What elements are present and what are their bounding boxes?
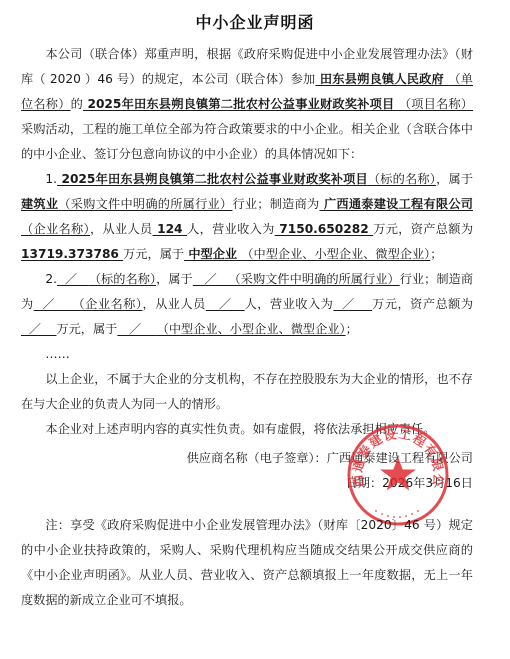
employees-prefix: ，从业人员 [90, 222, 153, 236]
item-end: ； [430, 247, 442, 261]
ellipsis: …… [21, 342, 473, 367]
date-value: 2026年3月16日 [382, 476, 473, 490]
industry-label: （采购文件中明确的所属行业） [58, 197, 232, 211]
belongs-text: ，属于 [156, 272, 193, 286]
manufacturer-label: （企业名称） [73, 297, 143, 311]
supplier-label: 供应商名称（电子签章）： [187, 451, 327, 465]
statement-truthfulness: 本企业对上述声明内容的真实性负责。如有虚假，将依法承担相应责任。 [21, 417, 473, 442]
intro-text-b: 的 [71, 97, 83, 111]
assets-unit: 万元，属于 [56, 322, 117, 336]
manufacturer-name: ／ [34, 297, 73, 311]
revenue-unit: 万元，资产总额为 [372, 297, 473, 311]
signature-block: 供应商名称（电子签章）：广西通泰建设工程有限公司 日期：2026年3月16日 [0, 446, 473, 496]
declaration-body: 本公司（联合体）郑重声明，根据《政府采购促进中小企业发展管理办法》（财库（ 20… [21, 42, 473, 442]
revenue-value: 7150.650282 [275, 222, 374, 236]
subject-name: ／ [57, 272, 89, 286]
enterprise-size: ／ [117, 322, 156, 336]
revenue-value: ／ [333, 297, 372, 311]
footnote: 注：享受《政府采购促进中小企业发展管理办法》（财库〔2020〕46 号）规定的中… [21, 513, 473, 613]
intro-text-c: 采购活动，工程的施工单位全部为符合政策要求的中小企业。相关企业（含联合体中的中小… [21, 122, 473, 161]
enterprise-size: 中型企业 [184, 247, 241, 261]
assets-value: 13719.373786 [21, 247, 123, 261]
intro-paragraph: 本公司（联合体）郑重声明，根据《政府采购促进中小企业发展管理办法》（财库（ 20… [21, 42, 473, 167]
footnote-text: 注：享受《政府采购促进中小企业发展管理办法》（财库〔2020〕46 号）规定的中… [21, 513, 473, 613]
employees-unit: 人，营业收入为 [187, 222, 275, 236]
industry-value: ／ [193, 272, 229, 286]
industry-suffix: 行业；制造商为 [232, 197, 319, 211]
employees-unit: 人，营业收入为 [245, 297, 334, 311]
manufacturer-name: 广西通泰建设工程有限公司 [320, 197, 474, 211]
statement-not-large-enterprise: 以上企业，不属于大企业的分支机构，不存在控股股东为大企业的情形，也不存在与大企业… [21, 367, 473, 417]
item-end: ； [346, 322, 358, 336]
employees-prefix: ，从业人员 [142, 297, 205, 311]
item-index: 1. [45, 172, 57, 186]
employees-value: ／ [206, 297, 245, 311]
item-index: 2. [45, 272, 57, 286]
enterprise-item-2: 2. ／ （标的名称），属于 ／ （采购文件中明确的所属行业）行业；制造商为 ／… [21, 267, 473, 342]
revenue-unit: 万元，资产总额为 [373, 222, 473, 236]
manufacturer-label: （企业名称） [21, 222, 90, 236]
industry-label: （采购文件中明确的所属行业） [229, 272, 400, 286]
date-line: 日期：2026年3月16日 [0, 471, 473, 496]
subject-label: （标的名称） [89, 272, 156, 286]
supplier-line: 供应商名称（电子签章）：广西通泰建设工程有限公司 [0, 446, 473, 471]
enterprise-item-1: 1. 2025年田东县朔良镇第二批农村公益事业财政奖补项目（标的名称），属于 建… [21, 167, 473, 267]
purchaser-name: 田东县朔良镇人民政府 [315, 72, 448, 86]
assets-value: ／ [21, 322, 56, 336]
belongs-text: ，属于 [436, 172, 473, 186]
size-label: （中型企业、小型企业、微型企业） [157, 322, 346, 336]
industry-value: 建筑业 [21, 197, 58, 211]
assets-unit: 万元，属于 [123, 247, 184, 261]
project-label: （项目名称） [399, 97, 473, 111]
document-page: 中小企业声明函 本公司（联合体）郑重声明，根据《政府采购促进中小企业发展管理办法… [0, 0, 510, 659]
employees-value: 124 [153, 222, 188, 236]
size-label: （中型企业、小型企业、微型企业） [241, 247, 430, 261]
subject-label: （标的名称） [368, 172, 436, 186]
supplier-name: 广西通泰建设工程有限公司 [327, 451, 473, 465]
document-title: 中小企业声明函 [0, 10, 510, 33]
date-label: 日期： [346, 476, 383, 490]
subject-name: 2025年田东县朔良镇第二批农村公益事业财政奖补项目 [57, 172, 368, 186]
project-name: 2025年田东县朔良镇第二批农村公益事业财政奖补项目 [83, 97, 399, 111]
